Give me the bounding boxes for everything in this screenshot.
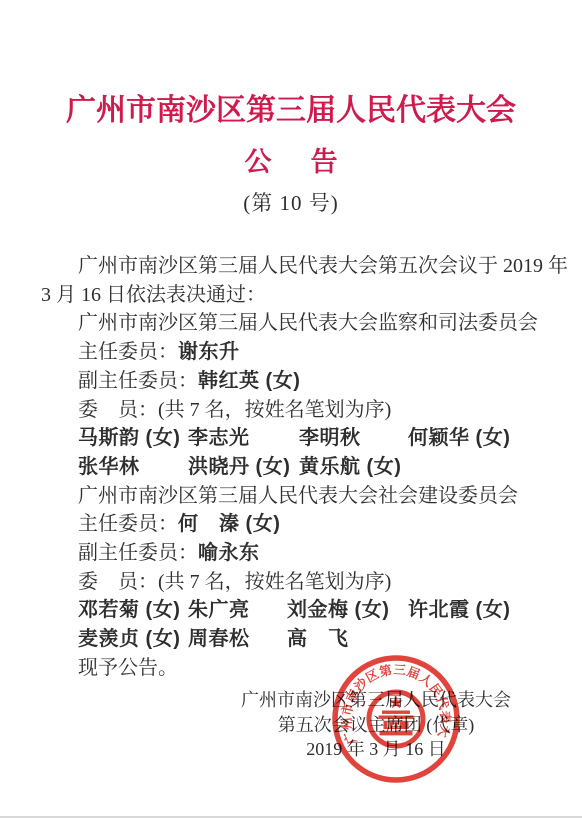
members-label: 委 员： (78, 571, 158, 593)
chair-label: 主任委员： (78, 513, 178, 535)
page-edge-shadow (0, 816, 582, 818)
member-name: 高 飞 (287, 625, 349, 654)
members-note: (共 7 名，按姓名笔划为序) (158, 399, 391, 421)
member-name: 何颖华 (女) (408, 424, 510, 453)
committee-name: 广州市南沙区第三届人民代表大会社会建设委员会 (41, 482, 546, 511)
emblem-star-icon (389, 696, 403, 709)
member-name: 洪晓丹 (女) (188, 453, 290, 482)
members-label: 委 员： (78, 399, 158, 421)
member-name: 刘金梅 (女) (287, 596, 389, 625)
member-name: 朱广亮 (188, 596, 250, 625)
intro-line-1: 广州市南沙区第三届人民代表大会第五次会议于 2019 年 (41, 252, 546, 281)
member-name: 黄乐航 (女) (299, 453, 401, 482)
document-title: 广州市南沙区第三届人民代表大会 (0, 85, 582, 129)
vice-chair-label: 副主任委员： (78, 542, 198, 564)
heading-char-1: 公 (245, 140, 272, 179)
member-row: 马斯韵 (女) 李志光 李明秋 何颖华 (女) (41, 424, 546, 453)
announcement-heading: 公 告 (0, 140, 582, 179)
chair-line: 主任委员：谢东升 (41, 338, 546, 367)
chair-name: 何 溱 (女) (178, 513, 280, 535)
chair-label: 主任委员： (78, 341, 178, 363)
national-emblem-icon (369, 692, 423, 746)
vice-chair-name: 喻永东 (198, 542, 260, 564)
closing-line: 现予公告。 (41, 654, 546, 683)
vice-chair-line: 副主任委员：韩红英 (女) (41, 367, 546, 396)
members-header-line: 委 员：(共 7 名，按姓名笔划为序) (41, 568, 546, 597)
vice-chair-line: 副主任委员：喻永东 (41, 539, 546, 568)
official-seal: 广州市南沙区第三届人民代表大会 (330, 653, 462, 785)
member-row: 邓若菊 (女) 朱广亮 刘金梅 (女) 许北霞 (女) (41, 596, 546, 625)
vice-chair-label: 副主任委员： (78, 370, 198, 392)
member-name: 麦羡贞 (女) (78, 625, 180, 654)
member-row: 麦羡贞 (女) 周春松 高 飞 (41, 625, 546, 654)
members-note: (共 7 名，按姓名笔划为序) (158, 571, 391, 593)
committee-name: 广州市南沙区第三届人民代表大会监察和司法委员会 (41, 309, 546, 338)
member-name: 许北霞 (女) (408, 596, 510, 625)
members-header-line: 委 员：(共 7 名，按姓名笔划为序) (41, 396, 546, 425)
member-name: 马斯韵 (女) (78, 424, 180, 453)
document-body: 广州市南沙区第三届人民代表大会第五次会议于 2019 年 3 月 16 日依法表… (41, 252, 546, 682)
committee-section-1: 广州市南沙区第三届人民代表大会监察和司法委员会 主任委员：谢东升 副主任委员：韩… (41, 309, 546, 481)
announcement-page: 广州市南沙区第三届人民代表大会 公 告 (第 10 号) 广州市南沙区第三届人民… (0, 0, 582, 819)
document-number: (第 10 号) (0, 187, 582, 217)
chair-line: 主任委员：何 溱 (女) (41, 510, 546, 539)
member-name: 张华林 (78, 453, 140, 482)
committee-section-2: 广州市南沙区第三届人民代表大会社会建设委员会 主任委员：何 溱 (女) 副主任委… (41, 482, 546, 654)
chair-name: 谢东升 (178, 341, 240, 363)
member-name: 李志光 (188, 424, 250, 453)
intro-line-2: 3 月 16 日依法表决通过： (41, 281, 546, 310)
member-row: 张华林 洪晓丹 (女) 黄乐航 (女) (41, 453, 546, 482)
member-name: 李明秋 (299, 424, 361, 453)
member-name: 周春松 (188, 625, 250, 654)
heading-char-2: 告 (311, 140, 338, 179)
member-name: 邓若菊 (女) (78, 596, 180, 625)
vice-chair-name: 韩红英 (女) (198, 370, 300, 392)
